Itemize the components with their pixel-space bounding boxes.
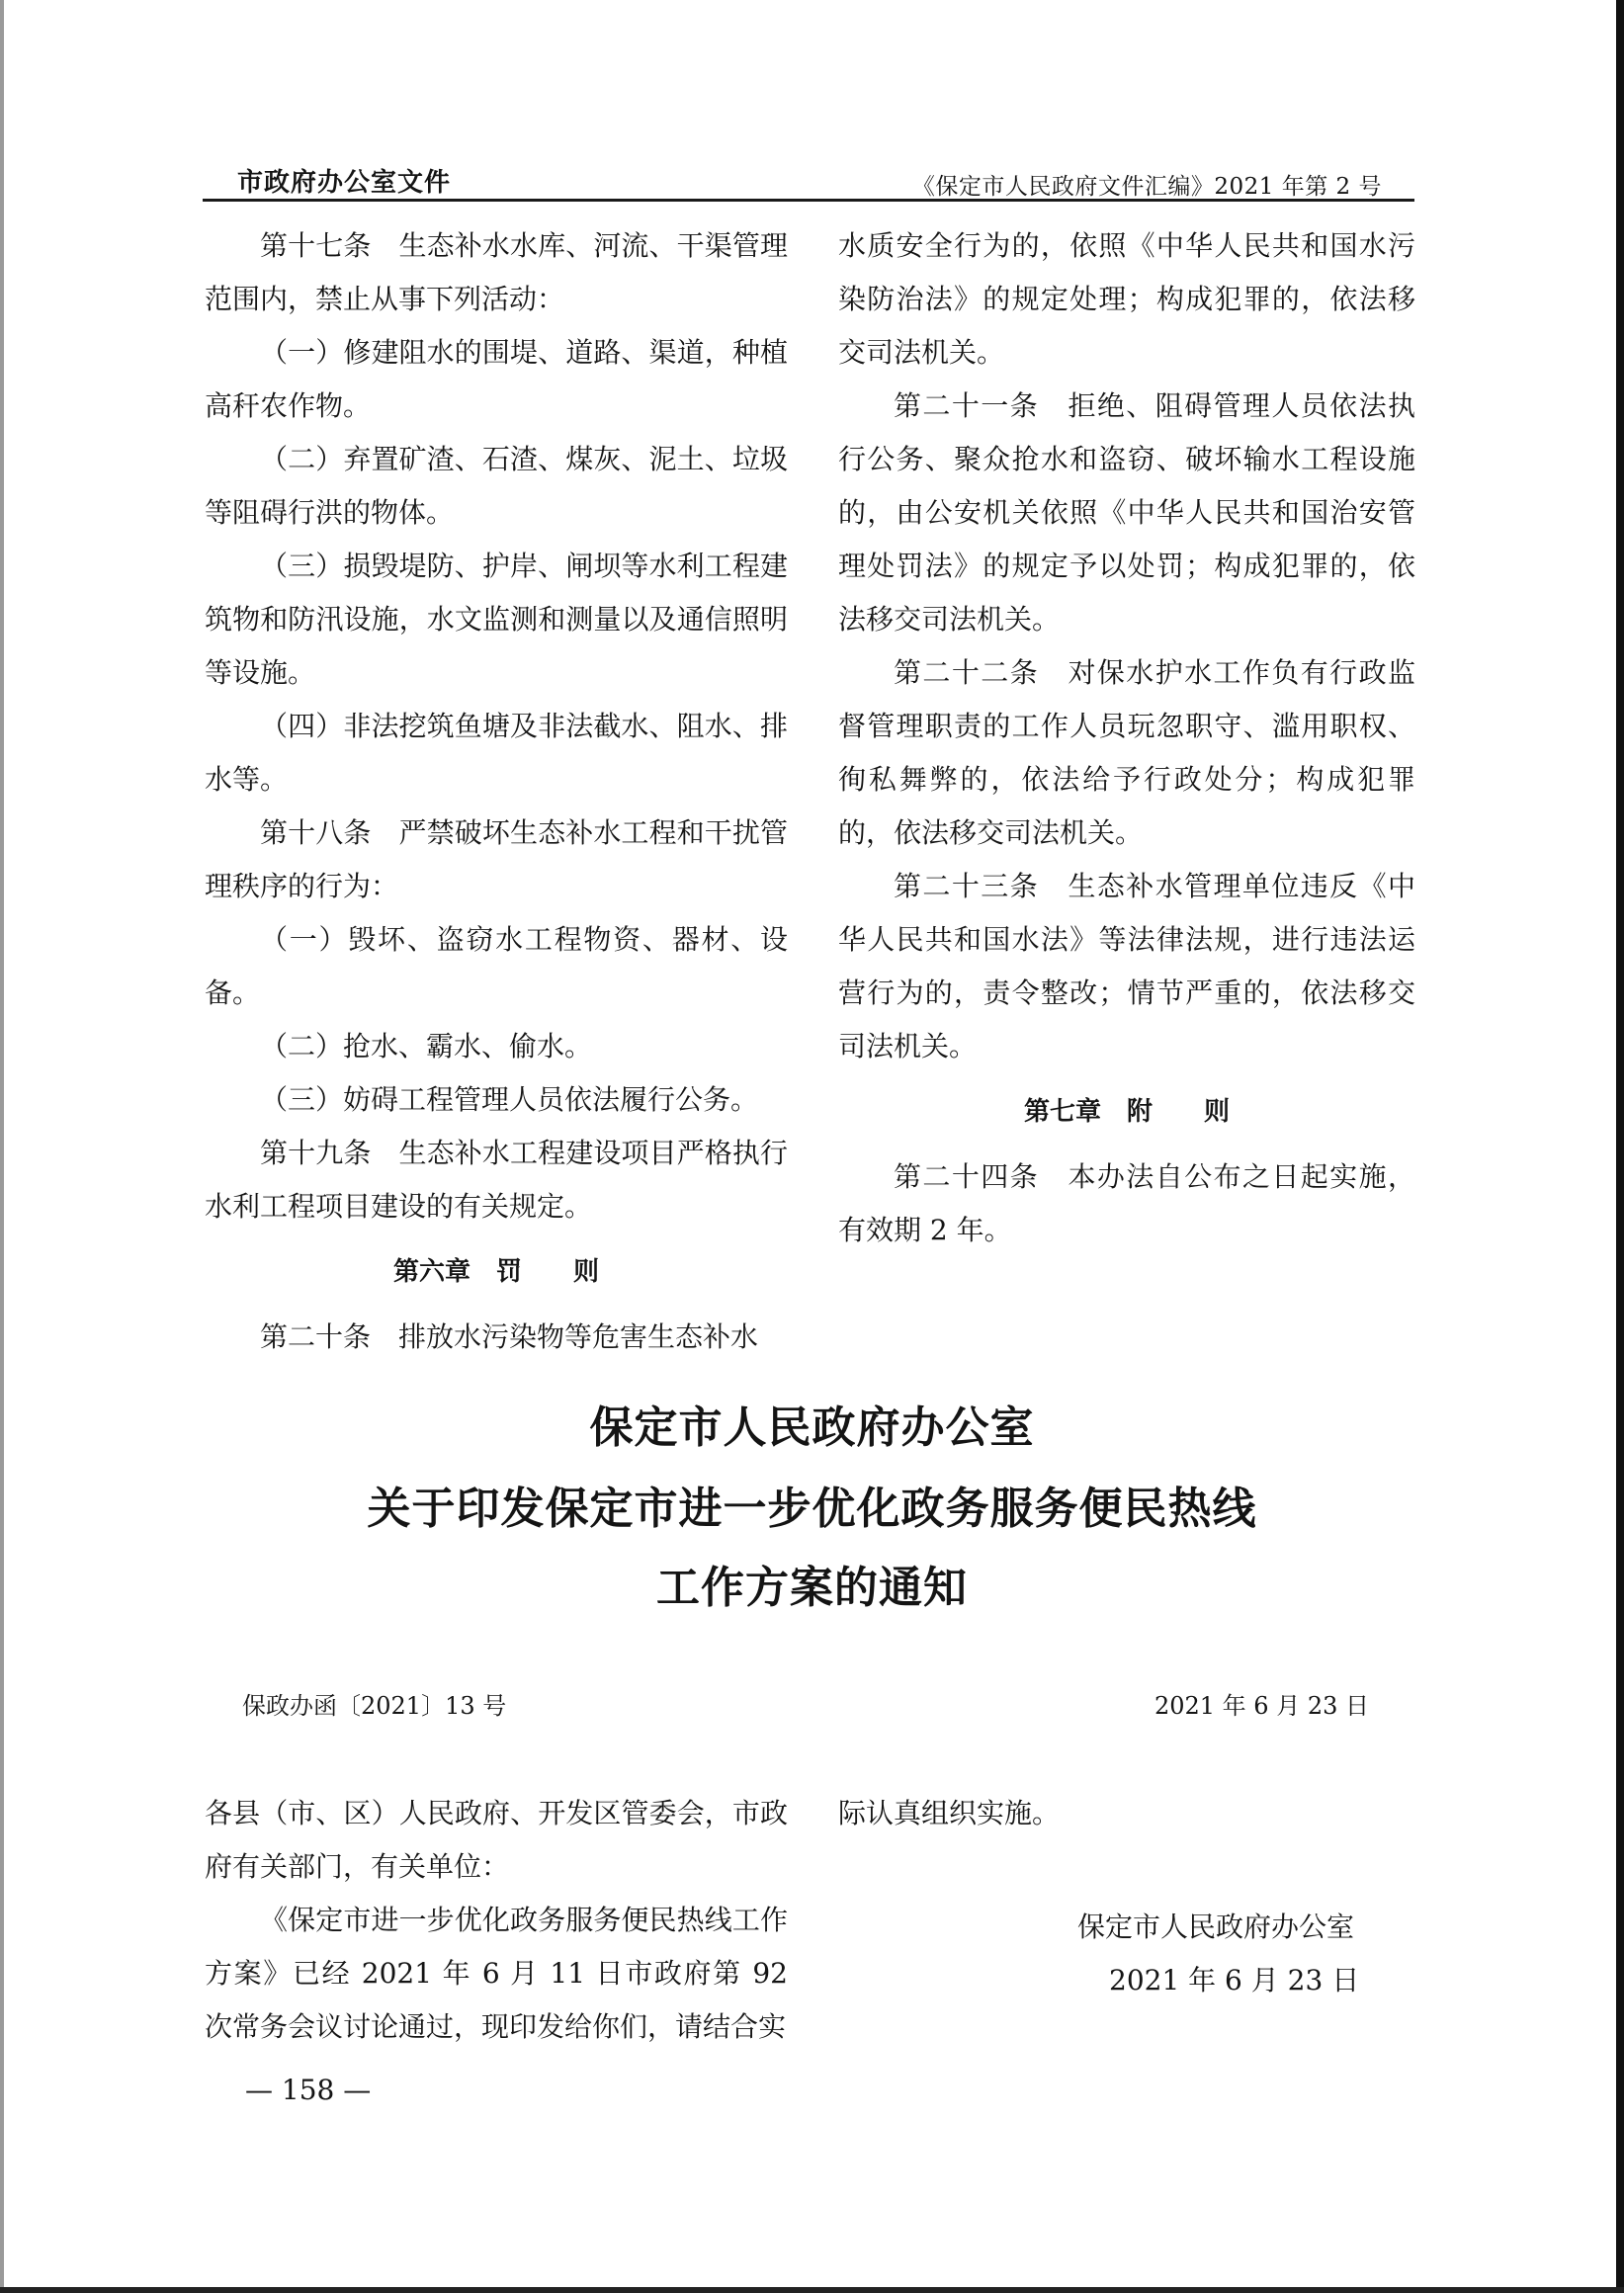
article-19: 第十九条 生态补水工程建设项目严格执行水利工程项目建设的有关规定。 [205,1127,788,1233]
notice-title-line-3: 工作方案的通知 [0,1552,1624,1615]
article-24: 第二十四条 本办法自公布之日起实施，有效期 2 年。 [838,1150,1415,1257]
article-20: 第二十条 排放水污染物等危害生态补水 [205,1311,788,1364]
left-column: 第十七条 生态补水水库、河流、干渠管理范围内，禁止从事下列活动： （一）修建阻水… [205,219,788,1364]
article-18-item-1: （一）毁坏、盗窃水工程物资、器材、设备。 [205,913,788,1020]
notice-body-continued: 际认真组织实施。 [838,1787,1415,1840]
notice-body: 《保定市进一步优化政务服务便民热线工作方案》已经 2021 年 6 月 11 日… [205,1894,788,2054]
signature-date: 2021 年 6 月 23 日 [1109,1959,1359,1998]
article-18-item-2: （二）抢水、霸水、偷水。 [205,1020,788,1073]
notice-addressee: 各县（市、区）人民政府、开发区管委会，市政府有关部门，有关单位： [205,1787,788,1894]
chapter-7-heading: 第七章 附 则 [838,1085,1415,1139]
article-18: 第十八条 严禁破坏生态补水工程和干扰管理秩序的行为： [205,807,788,913]
article-17-item-4: （四）非法挖筑鱼塘及非法截水、阻水、排水等。 [205,700,788,807]
document-date: 2021 年 6 月 23 日 [1154,1686,1369,1721]
signature-organization: 保定市人民政府办公室 [1077,1906,1354,1945]
notice-left-column: 各县（市、区）人民政府、开发区管委会，市政府有关部门，有关单位： 《保定市进一步… [205,1787,788,2054]
chapter-6-heading: 第六章 罚 则 [205,1245,788,1299]
right-column: 水质安全行为的，依照《中华人民共和国水污染防治法》的规定处理；构成犯罪的，依法移… [838,219,1415,1257]
article-21: 第二十一条 拒绝、阻碍管理人员依法执行公务、聚众抢水和盗窃、破坏输水工程设施的，… [838,380,1415,646]
document-number: 保政办函〔2021〕13 号 [242,1686,506,1721]
article-17-item-3: （三）损毁堤防、护岸、闸坝等水利工程建筑物和防汛设施，水文监测和测量以及通信照明… [205,540,788,700]
article-17-item-1: （一）修建阻水的围堤、道路、渠道，种植高秆农作物。 [205,326,788,433]
scan-bottom-edge [0,2287,1624,2293]
article-22: 第二十二条 对保水护水工作负有行政监督管理职责的工作人员玩忽职守、滥用职权、徇私… [838,646,1415,860]
running-header-left: 市政府办公室文件 [237,162,451,199]
notice-right-column: 际认真组织实施。 [838,1787,1415,1840]
scan-right-edge [1616,0,1624,2293]
running-header-right: 《保定市人民政府文件汇编》2021 年第 2 号 [912,168,1382,201]
page-number: — 158 — [245,2074,371,2106]
scan-left-edge [0,0,4,2293]
article-17-item-2: （二）弃置矿渣、石渣、煤灰、泥土、垃圾等阻碍行洪的物体。 [205,433,788,540]
notice-title-line-1: 保定市人民政府办公室 [0,1392,1624,1455]
article-17: 第十七条 生态补水水库、河流、干渠管理范围内，禁止从事下列活动： [205,219,788,326]
article-20-continued: 水质安全行为的，依照《中华人民共和国水污染防治法》的规定处理；构成犯罪的，依法移… [838,219,1415,380]
article-18-item-3: （三）妨碍工程管理人员依法履行公务。 [205,1073,788,1127]
article-23: 第二十三条 生态补水管理单位违反《中华人民共和国水法》等法律法规，进行违法运营行… [838,860,1415,1073]
header-rule [203,199,1414,202]
notice-title-line-2: 关于印发保定市进一步优化政务服务便民热线 [0,1473,1624,1536]
